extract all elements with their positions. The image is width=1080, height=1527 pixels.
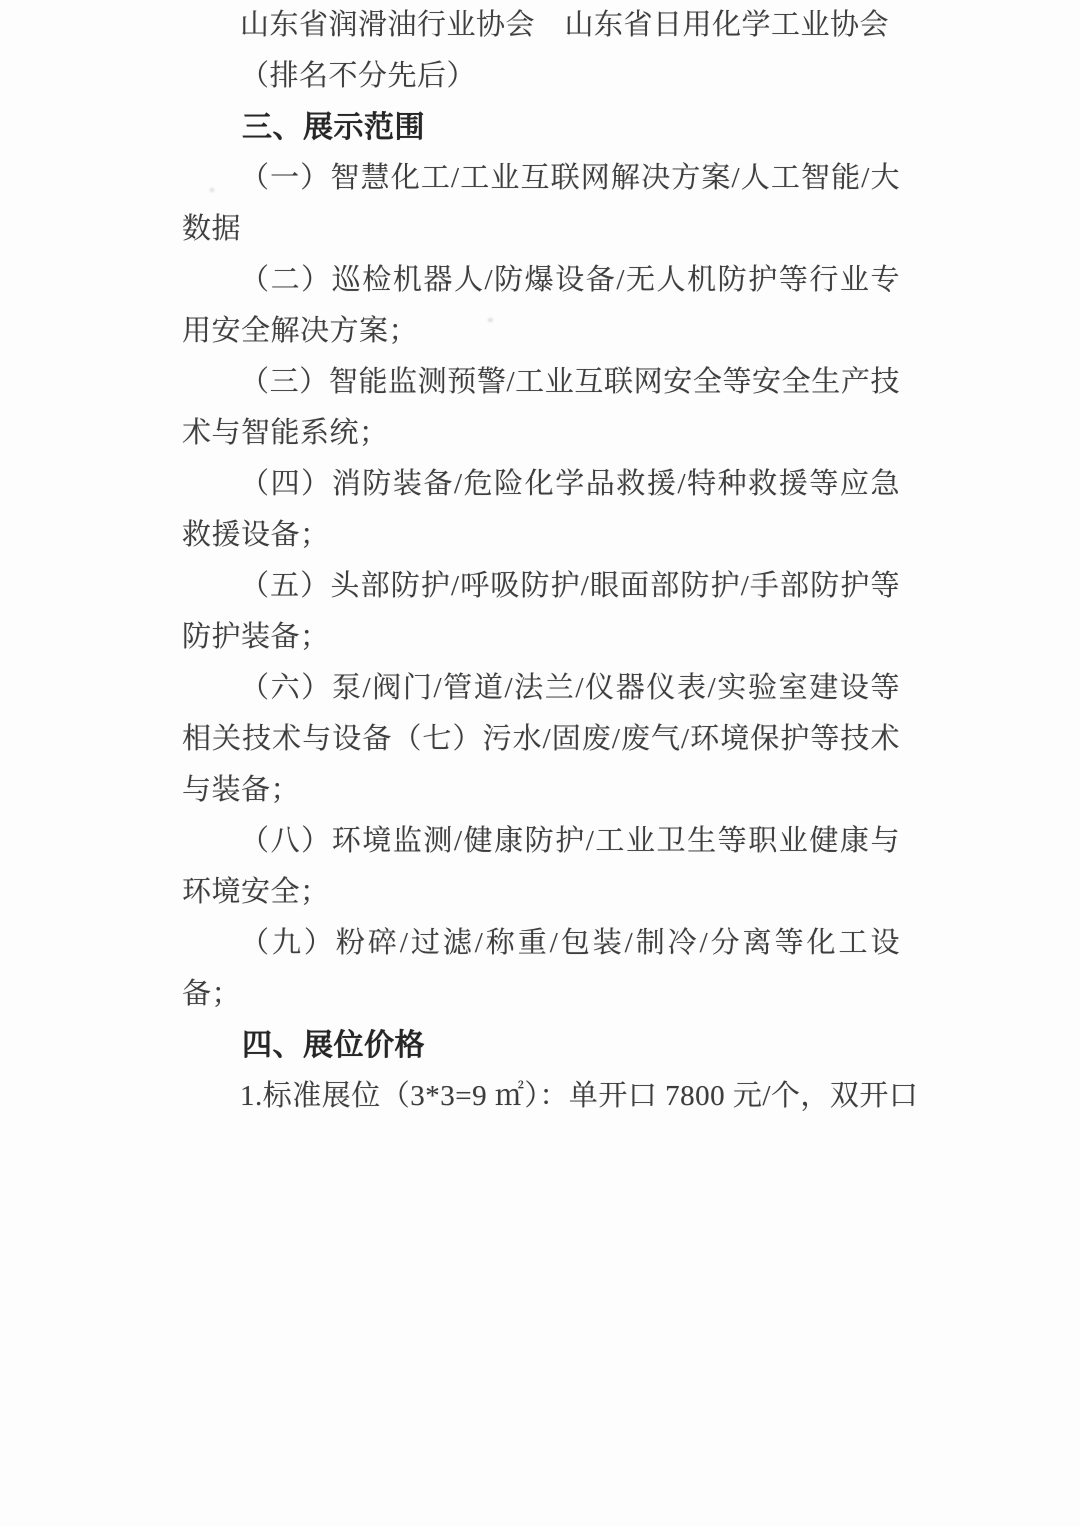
- scope-item: （四）消防装备/危险化学品救援/特种救援等应急救援设备；: [182, 459, 900, 561]
- section-heading-exhibition-scope: 三、展示范围: [182, 102, 900, 153]
- exhibition-scope-list: （一）智慧化工/工业互联网解决方案/人工智能/大数据 （二）巡检机器人/防爆设备…: [182, 153, 900, 1020]
- scope-item: （六）泵/阀门/管道/法兰/仪器仪表/实验室建设等相关技术与设备（七）污水/固废…: [182, 663, 900, 816]
- organizers-line: 山东省润滑油行业协会 山东省日用化学工业协会: [182, 0, 900, 51]
- scope-item: （二）巡检机器人/防爆设备/无人机防护等行业专用安全解决方案；: [182, 255, 900, 357]
- booth-price-line: 1.标准展位（3*3=9 ㎡）：单开口 7800 元/个，双开口: [182, 1071, 900, 1122]
- scope-item: （一）智慧化工/工业互联网解决方案/人工智能/大数据: [182, 153, 900, 255]
- scope-item: （三）智能监测预警/工业互联网安全等安全生产技术与智能系统；: [182, 357, 900, 459]
- section-heading-booth-price: 四、展位价格: [182, 1020, 900, 1071]
- organizers-note: （排名不分先后）: [182, 51, 900, 102]
- document-body: 山东省润滑油行业协会 山东省日用化学工业协会 （排名不分先后） 三、展示范围 （…: [182, 0, 900, 1122]
- document-page: 山东省润滑油行业协会 山东省日用化学工业协会 （排名不分先后） 三、展示范围 （…: [0, 0, 1080, 1527]
- scope-item: （五）头部防护/呼吸防护/眼面部防护/手部防护等防护装备；: [182, 561, 900, 663]
- scope-item: （九）粉碎/过滤/称重/包装/制冷/分离等化工设备；: [182, 918, 900, 1020]
- scope-item: （八）环境监测/健康防护/工业卫生等职业健康与环境安全；: [182, 816, 900, 918]
